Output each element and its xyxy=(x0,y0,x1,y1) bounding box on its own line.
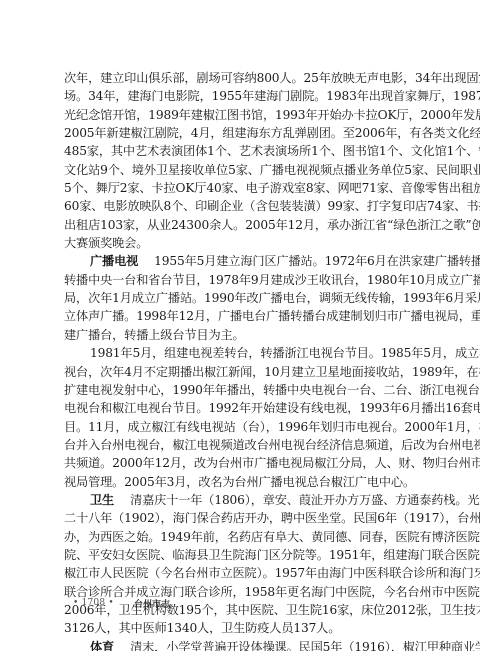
text-line: 次年，建立印山俱乐部，剧场可容纳800人。25年放映无声电影，34年出现固定说书 xyxy=(64,69,417,87)
section-text: 清末，小学堂普遍开设体操课。民国5年（1916），椒江甲种商业学校派 xyxy=(130,640,480,651)
book-title: 台州市志 xyxy=(134,597,170,610)
section-heading: 体育 xyxy=(90,640,114,651)
section-health: 卫生清嘉庆十一年（1806），章安、葭沚开办方万盛、方通泰药栈。光绪 xyxy=(64,491,417,509)
text-line: 局，次年1月成立广播站。1990年改广播电台，调频无线传输，1993年6月采用直… xyxy=(64,289,417,307)
text-line: 场。34年，建海门电影院，1955年建海门剧院。1983年出现首家舞厅，1987… xyxy=(64,87,417,105)
text-line: 5个、舞厅2家、卡拉OK厅40家、电子游戏室8家、网吧71家、音像零售出租放映单… xyxy=(64,179,417,197)
text-line: 电视台和椒江电视台节目。1992年开始建设有线电视，1993年6月播出16套电视… xyxy=(64,399,417,417)
text-line: 台并入台州电视台，椒江电视频道改台州电视台经济信息频道，后改为台州电视公 xyxy=(64,436,417,454)
text-line: 视台，次年4月不定期播出椒江新闻，10月建立卫星地面接收站，1989年，在枫山顶 xyxy=(64,363,417,381)
text-line: 扩建电视发射中心，1990年年播出，转播中央电视台一台、二台、浙江电视台、钱江 xyxy=(64,381,417,399)
text-line: 立体声广播。1998年12月，广播电台广播转播台成建制划归市广播电视局，重新组 xyxy=(64,307,417,325)
text-line: 60家、电影放映队8个、印刷企业（含包装装潢）99家、打字复印店74家、书报刊零… xyxy=(64,197,417,215)
text-line: 2005年新建椒江剧院，4月，组建海东方乱弹剧团。至2006年，有各类文化经营单… xyxy=(64,124,417,142)
text-line: 二十八年（1902），海门保合药店开办，聘中医坐堂。民国6年（1917），台州病… xyxy=(64,509,417,527)
text-line: 联合诊所合并成立海门联合诊所，1958年更名海门中医院，今名台州市中医院。 xyxy=(64,583,417,601)
text-line: 办，为西医之始。1949年前，名药店有阜大、黄同德、同春，医院有博济医院、望之医 xyxy=(64,528,417,546)
text-line: 1981年5月，组建电视差转台，转播浙江电视台节目。1985年5月，成立椒江电 xyxy=(64,344,417,362)
text-line: 目。11月，成立椒江有线电视站（台），1996年划归市电视台。2000年1月，椒… xyxy=(64,418,417,436)
section-sports: 体育清末，小学堂普遍开设体操课。民国5年（1916），椒江甲种商业学校派 xyxy=(64,638,417,651)
section-text: 1955年5月建立海门区广播站。1972年6月在洪家建广播转播台， xyxy=(154,254,480,268)
text-line: 光纪念馆开馆，1989年建椒江图书馆，1993年开始办卡拉OK厅，2000年发展… xyxy=(64,106,417,124)
text-line: 485家，其中艺术表演团体1个、艺术表演场所1个、图书馆1个、文化馆1个、镇、街… xyxy=(64,142,417,160)
text-line: 视局管理。2005年3月，改名为台州广播电视总台椒江广电中心。 xyxy=(64,473,417,491)
text-line: 共频道。2000年12月，改为台州市广播电视局椒江分局，人、财、物归台州市广播电 xyxy=(64,454,417,472)
text-line: 建广播台，转播上级台节目为主。 xyxy=(64,326,417,344)
text-line: 3126人，其中医师1340人，卫生防疫人员137人。 xyxy=(64,619,417,637)
document-body: 次年，建立印山俱乐部，剧场可容纳800人。25年放映无声电影，34年出现固定说书… xyxy=(64,69,417,651)
section-broadcast-tv: 广播电视1955年5月建立海门区广播站。1972年6月在洪家建广播转播台， xyxy=(64,252,417,270)
text-line: 2006年，卫生机构数195个，其中医院、卫生院16家，床位2012张，卫生技术… xyxy=(64,601,417,619)
section-heading: 卫生 xyxy=(90,493,114,507)
text-line: 院、平安妇女医院、临海县卫生院海门区分院等。1951年，组建海门联合医院，后为 xyxy=(64,546,417,564)
text-line: 文化站9个、境外卫星接收单位5家、广播电视视频点播业务单位5家、民间职业剧团 xyxy=(64,161,417,179)
text-line: 椒江市人民医院（今名台州市立医院）。1957年由海门中医科联合诊所和海门牙科 xyxy=(64,564,417,582)
section-heading: 广播电视 xyxy=(90,254,138,268)
text-line: 转播中央一台和省台节目，1978年9月建成沙王收讯台，1980年10月成立广播事… xyxy=(64,271,417,289)
page-footer: • 1708 • 台州市志 xyxy=(73,598,114,608)
section-text: 清嘉庆十一年（1806），章安、葭沚开办方万盛、方通泰药栈。光绪 xyxy=(130,493,480,507)
text-line: 大赛颁奖晚会。 xyxy=(64,234,417,252)
page-number: • 1708 • xyxy=(73,598,114,608)
text-line: 出租店103家，从业24300余人。2005年12月，承办浙江省“绿色浙江之歌”… xyxy=(64,216,417,234)
